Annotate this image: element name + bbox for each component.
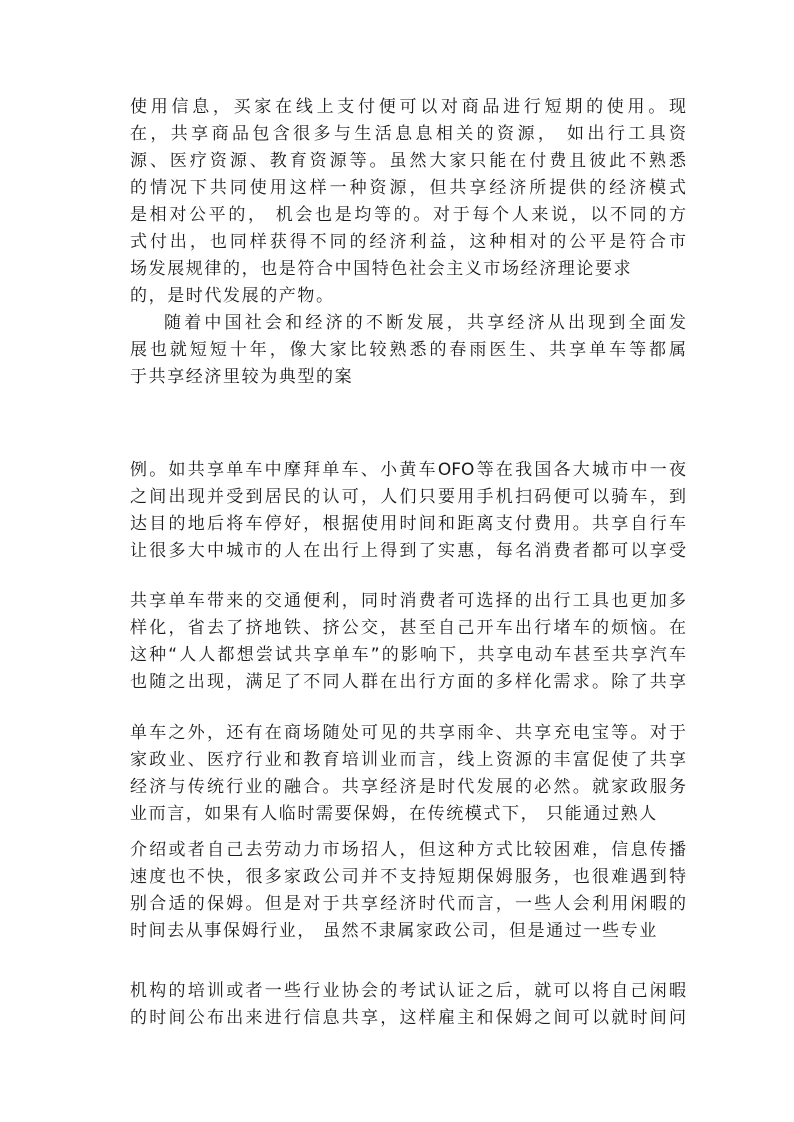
text-line: 式付出，也同样获得不同的经济利益，这种相对的公平是符合市	[130, 232, 686, 252]
text-line: 之间出现并受到居民的认可，人们只要用手机扫码便可以骑车，到	[130, 487, 686, 507]
document-page: 使用信息，买家在线上支付便可以对商品进行短期的使用。现 在，共享商品包含很多与生…	[0, 0, 794, 1122]
text-line: 家政业、医疗行业和教育培训业而言，线上资源的丰富促使了共享	[130, 750, 686, 770]
text-line: 达目的地后将车停好，根据使用时间和距离支付费用。共享自行车	[130, 514, 686, 534]
text-line: 在，共享商品包含很多与生活息息相关的资源， 如出行工具资	[130, 124, 686, 144]
text-line: 共享单车带来的交通便利，同时消费者可选择的出行工具也更加多	[130, 591, 686, 611]
text-line: 介绍或者自己去劳动力市场招人，但这种方式比较困难，信息传播	[130, 840, 686, 860]
text-line: 也随之出现，满足了不同人群在出行方面的多样化需求。除了共享	[130, 672, 686, 692]
text-line: 速度也不快，很多家政公司并不支持短期保姆服务，也很难遇到特	[130, 867, 686, 887]
text-line: 单车之外，还有在商场随处可见的共享雨伞、共享充电宝等。对于	[130, 723, 686, 743]
text-line: 的时间公布出来进行信息共享，这样雇主和保姆之间可以就时间问	[130, 1008, 686, 1028]
text-line: 使用信息，买家在线上支付便可以对商品进行短期的使用。现	[130, 97, 686, 117]
text-line: 样化，省去了挤地铁、挤公交，甚至自己开车出行堵车的烦恼。在	[130, 618, 686, 638]
text-line: 的，是时代发展的产物。	[130, 286, 686, 306]
text-line: 这种“人人都想尝试共享单车”的影响下，共享电动车甚至共享汽车	[130, 645, 686, 665]
text-line: 让很多大中城市的人在出行上得到了实惠，每名消费者都可以享受	[130, 541, 686, 561]
text-line: 经济与传统行业的融合。共享经济是时代发展的必然。就家政服务	[130, 777, 686, 797]
text-line: 业而言，如果有人临时需要保姆，在传统模式下， 只能通过熟人	[130, 804, 686, 824]
text-line: 例。如共享单车中摩拜单车、小黄车OFO等在我国各大城市中一夜	[130, 460, 686, 480]
text-line: 场发展规律的，也是符合中国特色社会主义市场经济理论要求	[130, 259, 686, 279]
text-line: 是相对公平的， 机会也是均等的。对于每个人来说，以不同的方	[130, 205, 686, 225]
paragraph-first-line: 随着中国社会和经济的不断发展，共享经济从出现到全面发	[164, 313, 686, 333]
text-line: 的情况下共同使用这样一种资源，但共享经济所提供的经济模式	[130, 178, 686, 198]
text-line: 于共享经济里较为典型的案	[130, 367, 686, 387]
text-line: 展也就短短十年，像大家比较熟悉的春雨医生、共享单车等都属	[130, 340, 686, 360]
text-line: 时间去从事保姆行业， 虽然不隶属家政公司，但是通过一些专业	[130, 921, 686, 941]
text-line: 别合适的保姆。但是对于共享经济时代而言，一些人会利用闲暇的	[130, 894, 686, 914]
text-line: 机构的培训或者一些行业协会的考试认证之后，就可以将自己闲暇	[130, 981, 686, 1001]
text-line: 源、医疗资源、教育资源等。虽然大家只能在付费且彼此不熟悉	[130, 151, 686, 171]
